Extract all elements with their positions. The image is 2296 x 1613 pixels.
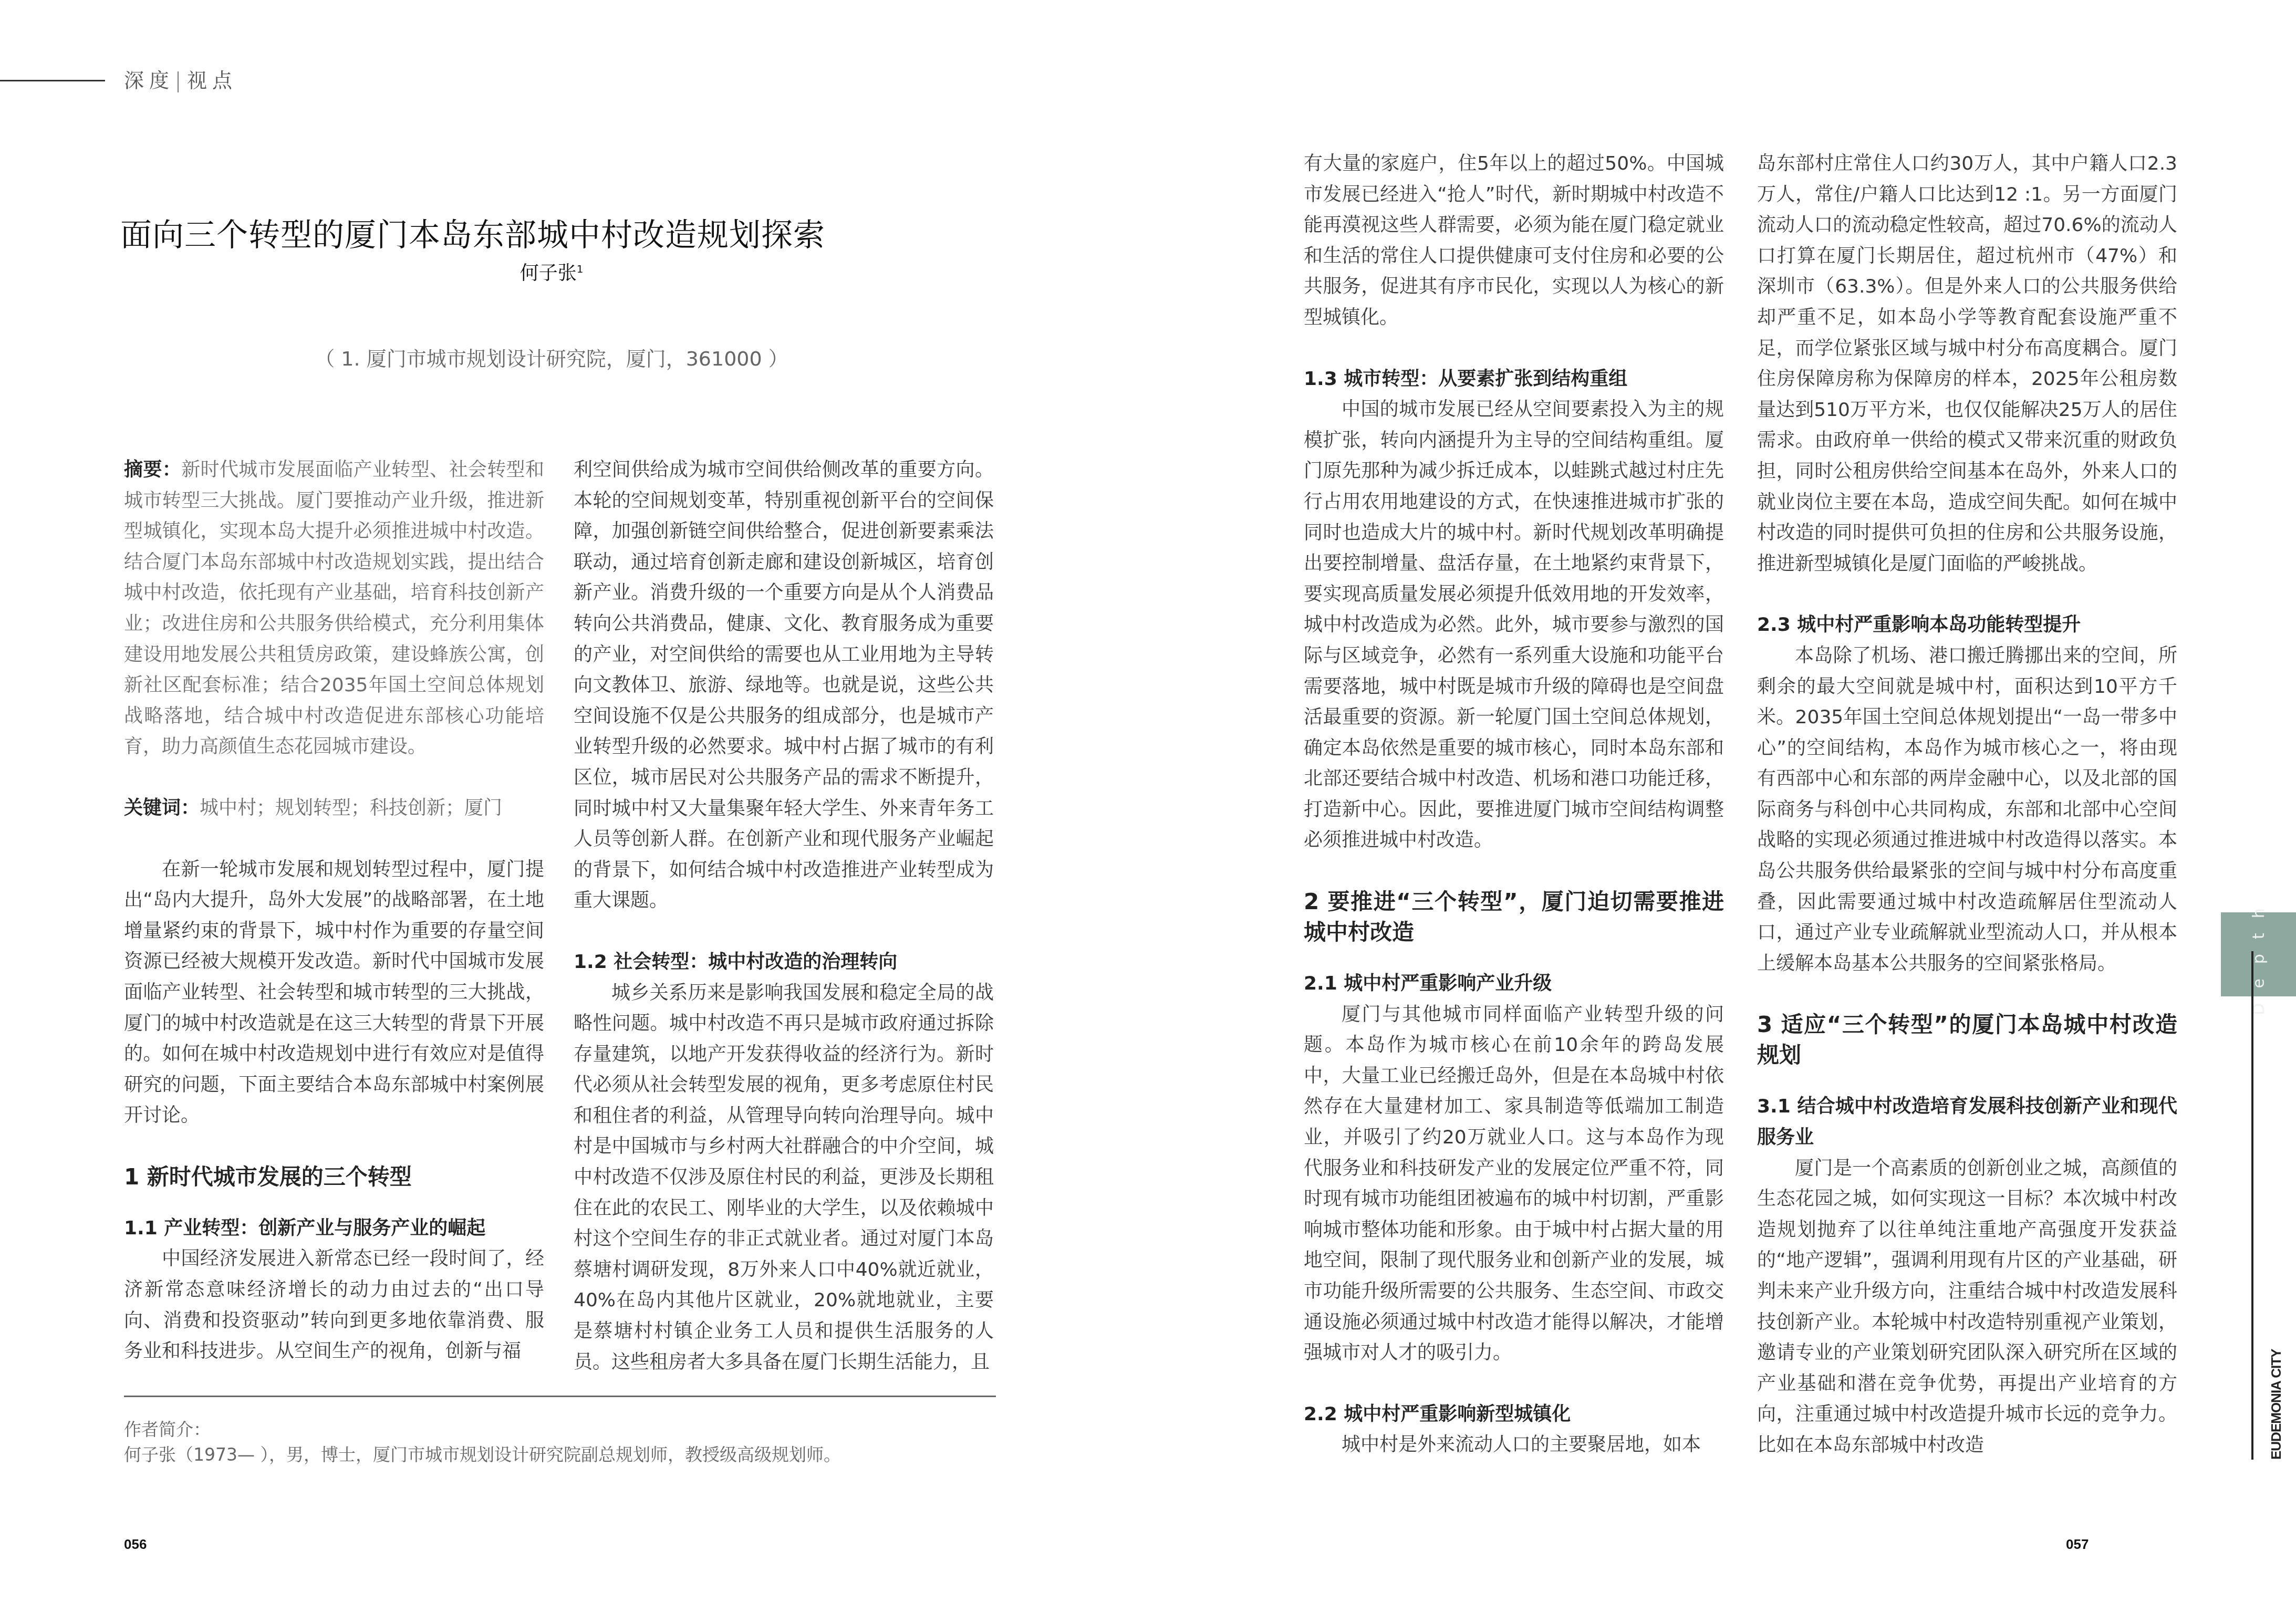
section-2-2-heading: 2.2 城中村严重影响新型城镇化: [1304, 1399, 1724, 1430]
section-2-1-paragraph: 厦门与其他城市同样面临产业转型升级的问题。本岛作为城市核心在前10余年的跨岛发展…: [1304, 1000, 1724, 1369]
section-1-1-heading: 1.1 产业转型：创新产业与服务产业的崛起: [124, 1213, 544, 1244]
section-1-2-paragraph: 城乡关系历来是影响我国发展和稳定全局的战略性问题。城中村改造不再只是城市政府通过…: [574, 978, 994, 1378]
abstract-label: 摘要：: [124, 459, 181, 481]
section-1-2-heading: 1.2 社会转型：城中村改造的治理转向: [574, 947, 994, 978]
header-divider: [178, 71, 179, 92]
section-1-heading: 1 新时代城市发展的三个转型: [124, 1162, 544, 1192]
section-3-1-paragraph: 厦门是一个高素质的创新创业之城，高颜值的生态花园之城，如何实现这一目标？本次城中…: [1757, 1153, 2177, 1461]
section-2-2-paragraph: 城中村是外来流动人口的主要聚居地，如本: [1304, 1430, 1724, 1461]
section-3-1-heading: 3.1 结合城中村改造培育发展科技创新产业和现代服务业: [1757, 1091, 2177, 1153]
article-title: 面向三个转型的厦门本岛东部城中村改造规划探索: [0, 210, 946, 255]
section-2-3-paragraph: 本岛除了机场、港口搬迁腾挪出来的空间，所剩余的最大空间就是城中村，面积达到10平…: [1757, 641, 2177, 980]
author-bio-text: 何子张（1973— ），男，博士，厦门市城市规划设计研究院副总规划师，教授级高级…: [124, 1442, 841, 1468]
section-header: 深度视点: [124, 64, 237, 93]
section-2-3-heading: 2.3 城中村严重影响本岛功能转型提升: [1757, 610, 2177, 641]
subsection-label: 视点: [187, 69, 237, 92]
section-1-1-paragraph-cont: 利空间供给成为城市空间供给侧改革的重要方向。本轮的空间规划变革，特别重视创新平台…: [574, 455, 994, 917]
author-bio-label: 作者简介：: [124, 1417, 841, 1442]
section-1-3-paragraph: 中国的城市发展已经从空间要素投入为主的规模扩张，转向内涵提升为主导的空间结构重组…: [1304, 394, 1724, 856]
keywords: 关键词：城中村；规划转型；科技创新；厦门: [124, 793, 544, 824]
abstract-text: 新时代城市发展面临产业转型、社会转型和城市转型三大挑战。厦门要推动产业升级，推进…: [124, 459, 544, 757]
page-number-right: 057: [2066, 1536, 2089, 1553]
magazine-brand: EUDEMONIA CITY: [2268, 1349, 2284, 1460]
column-1: 摘要：新时代城市发展面临产业转型、社会转型和城市转型三大挑战。厦门要推动产业升级…: [124, 455, 544, 1367]
section-label: 深度: [124, 69, 174, 92]
section-1-2-paragraph-cont: 有大量的家庭户，住5年以上的超过50%。中国城市发展已经进入“抢人”时代，新时期…: [1304, 149, 1724, 334]
author-affiliation-marker: 1: [577, 263, 584, 275]
footnote-rule: [124, 1396, 996, 1397]
side-vertical-rule: [2251, 951, 2253, 1460]
intro-paragraph: 在新一轮城市发展和规划转型过程中，厦门提出“岛内大提升，岛外大发展”的战略部署，…: [124, 855, 544, 1131]
abstract: 摘要：新时代城市发展面临产业转型、社会转型和城市转型三大挑战。厦门要推动产业升级…: [124, 455, 544, 763]
keywords-text: 城中村；规划转型；科技创新；厦门: [200, 797, 502, 819]
page-number-left: 056: [124, 1536, 147, 1553]
column-3: 有大量的家庭户，住5年以上的超过50%。中国城市发展已经进入“抢人”时代，新时期…: [1304, 149, 1724, 1461]
article-author: 何子张1: [0, 258, 1103, 285]
section-2-heading: 2 要推进“三个转型”，厦门迫切需要推进城中村改造: [1304, 887, 1724, 948]
author-bio: 作者简介： 何子张（1973— ），男，博士，厦门市城市规划设计研究院副总规划师…: [124, 1417, 841, 1468]
depth-side-tab: Depth: [2221, 912, 2296, 996]
section-1-3-heading: 1.3 城市转型：从要素扩张到结构重组: [1304, 364, 1724, 395]
section-2-1-heading: 2.1 城中村严重影响产业升级: [1304, 969, 1724, 1000]
author-name: 何子张: [520, 263, 577, 284]
keywords-label: 关键词：: [124, 797, 200, 819]
section-1-1-paragraph: 中国经济发展进入新常态已经一段时间了，经济新常态意味经济增长的动力由过去的“出口…: [124, 1244, 544, 1367]
section-2-2-paragraph-cont: 岛东部村庄常住人口约30万人，其中户籍人口2.3万人，常住/户籍人口比达到12 …: [1757, 149, 2177, 579]
section-3-heading: 3 适应“三个转型”的厦门本岛城中村改造规划: [1757, 1010, 2177, 1070]
column-4: 岛东部村庄常住人口约30万人，其中户籍人口2.3万人，常住/户籍人口比达到12 …: [1757, 149, 2177, 1461]
column-2: 利空间供给成为城市空间供给侧改革的重要方向。本轮的空间规划变革，特别重视创新平台…: [574, 455, 994, 1378]
header-rule: [0, 80, 105, 81]
author-affiliation: （ 1. 厦门市城市规划设计研究院，厦门，361000 ）: [0, 342, 1103, 371]
